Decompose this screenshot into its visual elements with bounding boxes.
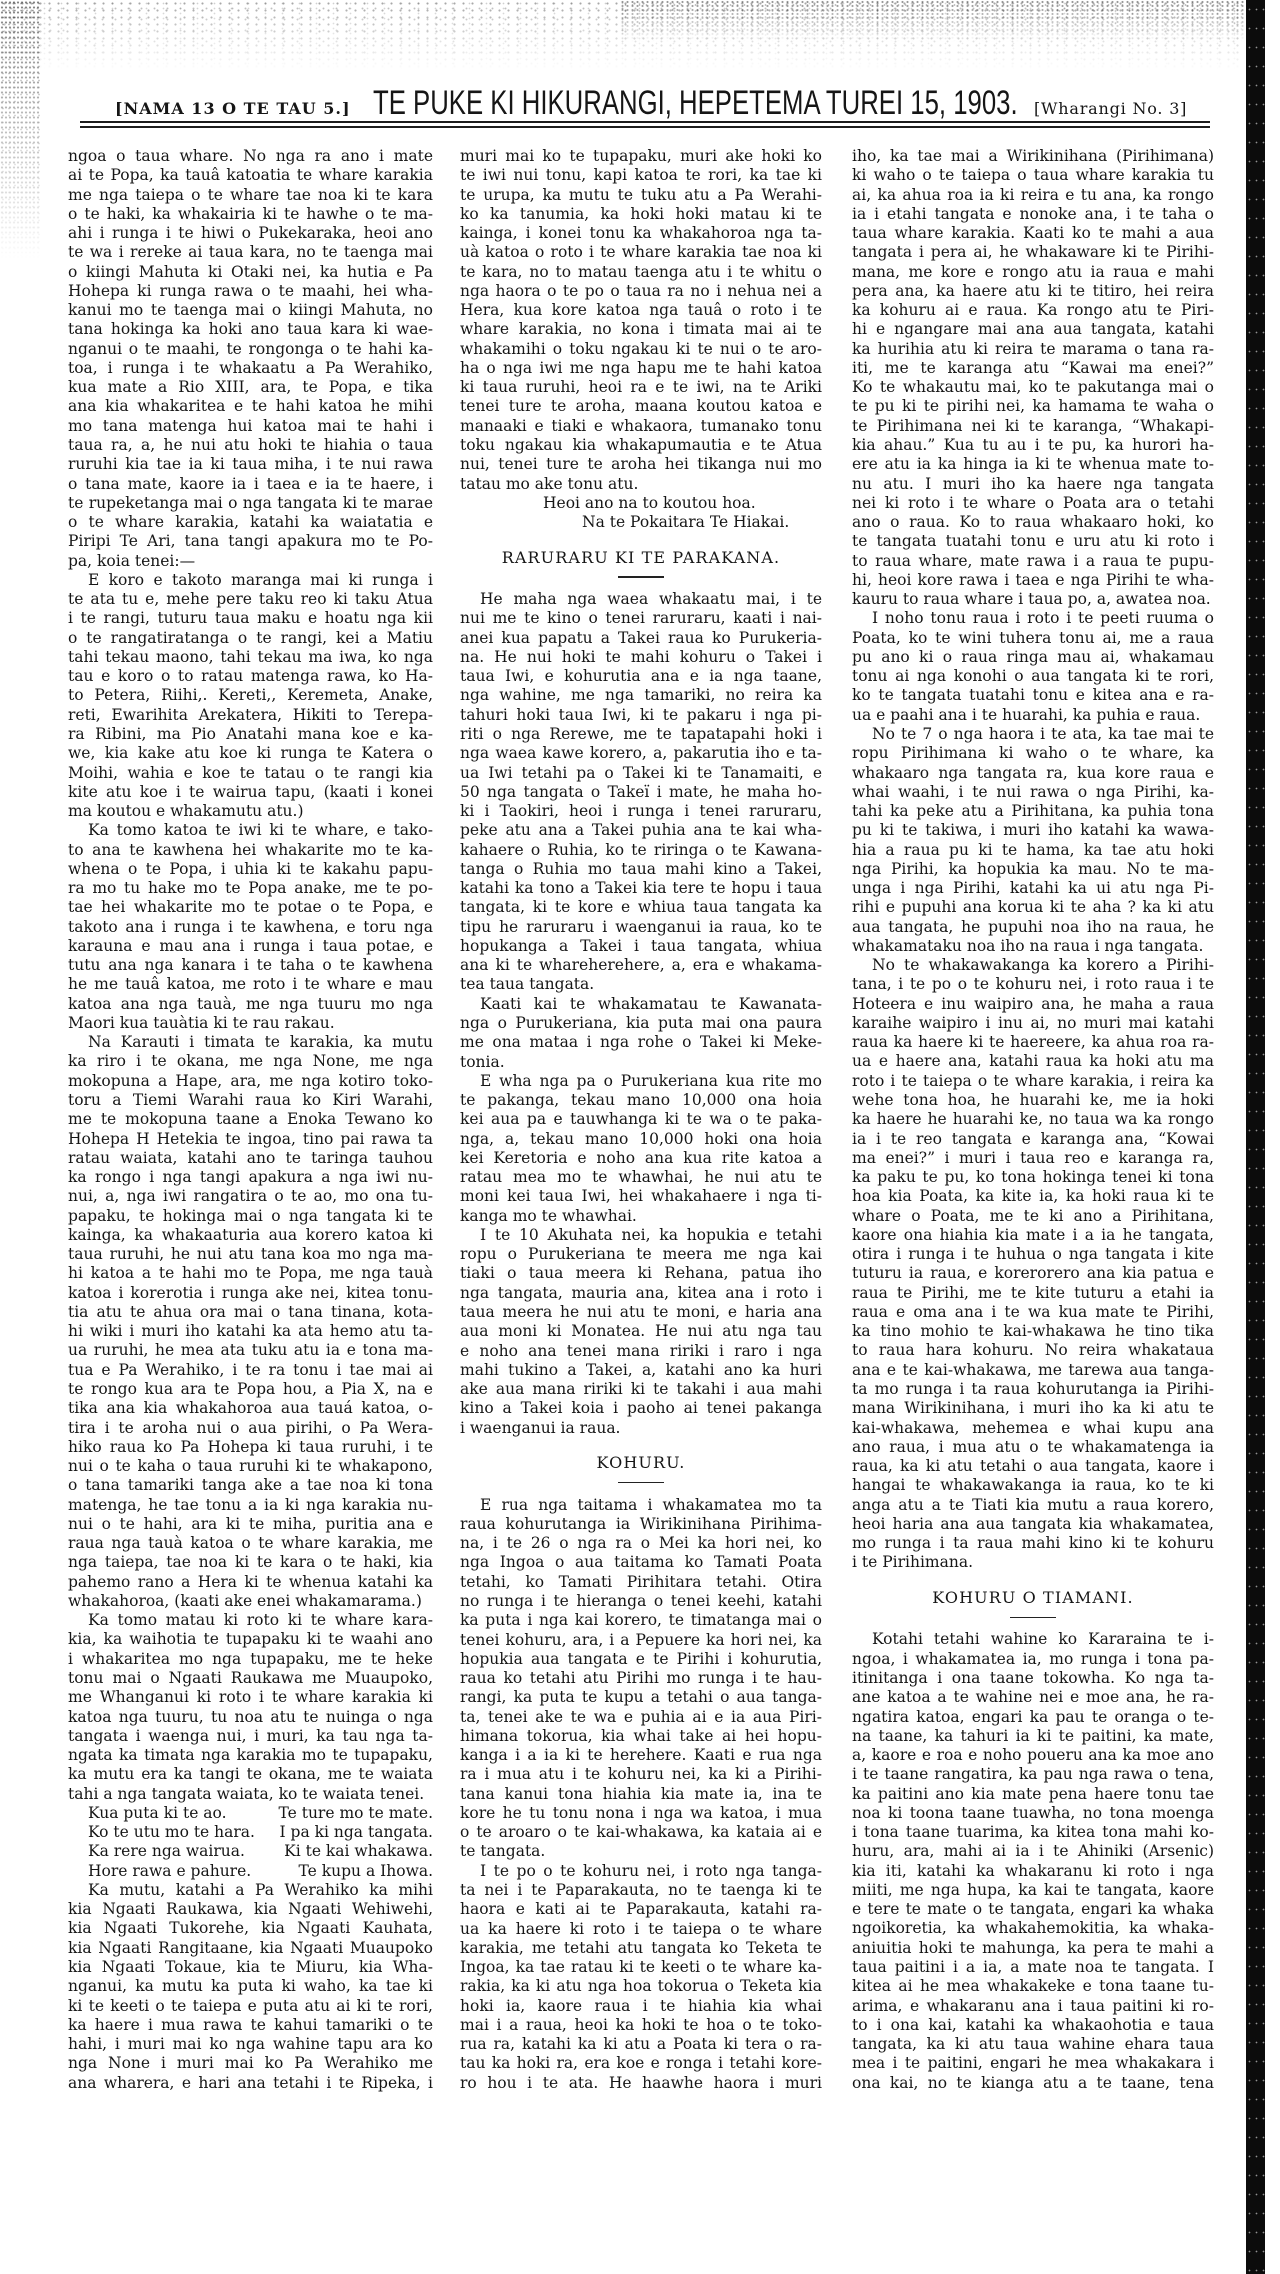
text-line: kei aua pa e tauwhanga ki te wa o te pak… [460, 1110, 822, 1129]
text-line: toku ngakau kia whakapumautia e te Atua [460, 436, 822, 455]
text-line: tana hokinga ka hoki ano taua kara ki wa… [68, 320, 433, 339]
text-line: ratau mea mo te whawhai, he nui atu te [460, 1168, 822, 1187]
heading-rule [618, 576, 664, 578]
article-paragraph: E koro e takoto maranga mai ki runga ite… [68, 571, 433, 821]
text-line: he me tauâ katoa, me roto i te whare e m… [68, 975, 433, 994]
article-paragraph: Ka tomo matau ki roto ki te whare kara-k… [68, 1611, 433, 1804]
newspaper-title: TE PUKE KI HIKURANGI, HEPETEMA TUREI 15,… [373, 86, 1018, 120]
text-line: ki waho o te taiepa o taua whare karakia… [852, 166, 1214, 185]
text-line: to raua hara kohuru. No reira whakataua [852, 1341, 1214, 1360]
text-line: tenei ture te aroha, maana koutou katoa … [460, 397, 822, 416]
text-line: whare karakia, no kona i timata mai ai t… [460, 320, 822, 339]
text-line: raua ko tetahi atu Pirihi mo runga i te … [460, 1669, 822, 1688]
text-line: He maha nga waea whakaatu mai, i te [460, 590, 822, 609]
text-line: nu atu. I muri iho ka haere nga tangata [852, 475, 1214, 494]
text-line: hiko raua ko Pa Hohepa ki taua ruruhi, i… [68, 1438, 433, 1457]
poem-half-right: Te kupu a Ihowa. [299, 1862, 433, 1881]
text-line: ai, ka ahua roa ia ki reira e tu ana, ka… [852, 186, 1214, 205]
text-line: tonia. [460, 1053, 822, 1072]
signature-line: Heoi ano na to koutou hoa. [460, 494, 822, 513]
text-line: E rua nga taitama i whakamatea mo ta [460, 1496, 822, 1515]
text-line: E wha nga pa o Purukeriana kua rite mo [460, 1072, 822, 1091]
text-line: karauna e mau ana i runga i taua potae, … [68, 937, 433, 956]
text-line: ahi i runga i te hiwi o Pukekaraka, heoi… [68, 224, 433, 243]
text-line: nga haora o te po o taua ra no i nehua n… [460, 282, 822, 301]
text-line: heoi haria ana aua tangata kia whakamate… [852, 1515, 1214, 1534]
text-line: Piripi Te Ari, tana tangi apakura mo te … [68, 532, 433, 551]
text-line: mea i te paitini, engari he mea whakakar… [852, 2054, 1214, 2073]
text-line: Ka tomo katoa te iwi ki te whare, e tako… [68, 821, 433, 840]
text-line: nga None i muri mai ko Pa Werahiko me [68, 2054, 433, 2073]
text-line: moni kei taua Iwi, hei whakahaere i nga … [460, 1187, 822, 1206]
text-line: na taane, ka tahuri ia ki te paitini, ka… [852, 1727, 1214, 1746]
text-line: mana, me kore e rongo atu ia raua e mahi [852, 263, 1214, 282]
text-line: ua e haere ana, katahi raua ka hoki atu … [852, 1052, 1214, 1071]
text-line: tea taua tangata. [460, 975, 822, 994]
text-line: o te rangatiratanga o te rangi, kei a Ma… [68, 629, 433, 648]
article-paragraph: He maha nga waea whakaatu mai, i tenui m… [460, 590, 822, 995]
text-line: raua nga tauà katoa o te whare karakia, … [68, 1534, 433, 1553]
text-line: e tere te mate o te tangata, engari ka w… [852, 1900, 1214, 1919]
text-line: ane katoa a te wahine nei e moe ana, he … [852, 1688, 1214, 1707]
poem-verse: Kua puta ki te ao.Te ture mo te mate.Ko … [68, 1804, 433, 1881]
scan-edge-bar [1246, 0, 1265, 2274]
text-line: me ona mataa i nga rohe o Takei ki Meke- [460, 1033, 822, 1052]
text-line: kia iti, katahi ka whakaranu ki roto i n… [852, 1862, 1214, 1881]
text-line: I noho tonu raua i roto i te peeti ruuma… [852, 609, 1214, 628]
text-line: katoa nga tuuru, tu noa atu te nuinga o … [68, 1708, 433, 1727]
section-heading: KOHURU. [460, 1455, 822, 1471]
text-line: mo tana matenga hui katoa mai te hahi i [68, 417, 433, 436]
text-line: rakia, ka ki atu nga hoa tokorua o Teket… [460, 1977, 822, 1996]
text-line: ki te keeti o te taiepa e puta atu ai ki… [68, 1997, 433, 2016]
text-line: i te rangi, tuturu taua maku e hoatu nga… [68, 609, 433, 628]
text-line: uà katoa o roto i te whare karakia tae n… [460, 243, 822, 262]
article-paragraph: Kotahi tetahi wahine ko Kararaina te i-n… [852, 1630, 1214, 2092]
text-line: kanga mo te whawhai. [460, 1207, 822, 1226]
text-line: ra Ribini, ma Pio Anatahi mana koe e ka- [68, 725, 433, 744]
text-line: Ka tomo matau ki roto ki te whare kara- [68, 1611, 433, 1630]
text-line: tahuri hoki taua Iwi, ki te pakaru i nga… [460, 706, 822, 725]
text-line: aua tangata, he pupuhi noa iho na raua, … [852, 918, 1214, 937]
text-line: tangata i pera ai, he whakaware ki te Pi… [852, 243, 1214, 262]
text-line: riti o nga Rerewe, me te tapatapahi hoki… [460, 725, 822, 744]
text-line: himana tokorua, kia whai take ai hei hop… [460, 1727, 822, 1746]
text-line: taua whare karakia. Kaati ko te mahi a a… [852, 224, 1214, 243]
text-line: itinitanga i ona taane tokowha. Ko nga t… [852, 1669, 1214, 1688]
article-paragraph: I te 10 Akuhata nei, ka hopukia e tetahi… [460, 1226, 822, 1438]
text-line: pahemo rano a Hera ki te whenua katahi k… [68, 1573, 433, 1592]
text-line: karaihe waipiro i inu ai, no muri mai ka… [852, 1014, 1214, 1033]
text-line: reti, Ewarihita Arekatera, Hikiti to Ter… [68, 706, 433, 725]
text-line: te iwi nui tonu, kapi katoa te rori, ka … [460, 166, 822, 185]
text-line: nga wahine, me nga tamariki, no reira ka [460, 686, 822, 705]
text-line: te pakanga, tekau mano 10,000 ona hoia [460, 1091, 822, 1110]
text-line: pu ano ki o raua ringa mau ai, whakamau [852, 648, 1214, 667]
text-line: wehe tona hoa, he huarahi ke, me ia hoki [852, 1091, 1214, 1110]
text-line: ka haere he huarahi ke, no taua wa ka ro… [852, 1110, 1214, 1129]
article-paragraph: muri mai ko te tupapaku, muri ake hoki k… [460, 147, 822, 494]
text-line: Hohepa H Hetekia te ingoa, tino pai rawa… [68, 1130, 433, 1149]
text-line: huru, ara, mahi ai ia i te Ahiniki (Arse… [852, 1842, 1214, 1861]
text-line: rihi e pupuhi ana korua ki te aha ? ka k… [852, 898, 1214, 917]
text-line: toa, i runga i te whakaatu a Pa Werahiko… [68, 359, 433, 378]
text-line: kanui mo te taenga mai o kiingi Mahuta, … [68, 301, 433, 320]
text-line: o kiingi Mahuta ki Otaki nei, ka hutia e… [68, 263, 433, 282]
text-line: ia i etahi tangata e nonoke ana, i te ta… [852, 205, 1214, 224]
text-line: kei Keretoria e noho ana kua rite katoa … [460, 1149, 822, 1168]
text-line: otira i runga i te huhua o nga tangata i… [852, 1245, 1214, 1264]
text-line: katahi ka tono a Takei kia tere te hopu … [460, 879, 822, 898]
text-line: tutu ana nga kanara i te taha o te kawhe… [68, 956, 433, 975]
text-line: o te whare karakia, katahi ka waiatatia … [68, 513, 433, 532]
text-line: o tana tamariki tanga ake a tae noa ki t… [68, 1476, 433, 1495]
text-line: ka puta i nga kai korero, te timatanga m… [460, 1611, 822, 1630]
poem-row: Ko te utu mo te hara.I pa ki nga tangata… [68, 1823, 433, 1842]
text-line: hoa kia Poata, ka kite ia, ka hoki raua … [852, 1187, 1214, 1206]
text-line: ha o nga iwi me nga hapu me te hahi kato… [460, 359, 822, 378]
text-line: ana e te kai-whakawa, me tarewa aua tang… [852, 1361, 1214, 1380]
text-line: nga Ingoa o aua taitama ko Tamati Poata [460, 1553, 822, 1572]
text-line: I te po o te kohuru nei, i roto nga tang… [460, 1862, 822, 1881]
text-line: te rongo kua ara te Popa hou, a Pia X, n… [68, 1380, 433, 1399]
text-line: te tangata tuatahi tonu e uru atu ki rot… [852, 532, 1214, 551]
text-line: nui o te hahi, ara ki te miha, puritia a… [68, 1515, 433, 1534]
text-line: na, i te 26 o nga ra o Mei ka hori nei, … [460, 1534, 822, 1553]
poem-half-right: Te ture mo te mate. [278, 1804, 433, 1823]
article-paragraph: Ka mutu, katahi a Pa Werahiko ka mihikia… [68, 1881, 433, 2093]
text-line: ngatira katoa, engari ka pau te oranga o… [852, 1708, 1214, 1727]
text-line: tuturu ia raua, e korerorero ana kia pat… [852, 1264, 1214, 1283]
text-line: pera ana, ka haere atu ki te titiro, hei… [852, 282, 1214, 301]
article-paragraph: iho, ka tae mai a Wirikinihana (Pirihima… [852, 147, 1214, 609]
text-line: No te whakawakanga ka korero a Pirihi- [852, 956, 1214, 975]
signature-line: Na te Pokaitara Te Hiakai. [460, 513, 822, 532]
text-line: 50 nga tangata o Takeï i mate, he maha h… [460, 783, 822, 802]
text-line: Maori kua tauàtia ki te rau rakau. [68, 1014, 433, 1033]
text-line: ere atu ia ka hinga ia ki te whenua mate… [852, 455, 1214, 474]
text-line: raua kohurutanga ia Wirikinihana Pirihim… [460, 1515, 822, 1534]
text-line: ua ka haere ki roto i te taiepa o te wha… [460, 1920, 822, 1939]
text-line: Kaati kai te whakamatau te Kawanata- [460, 995, 822, 1014]
text-line: taua Iwi, e kohurutia ana e ia nga taane… [460, 667, 822, 686]
text-line: tae hei whakarite mo te potae o te Popa,… [68, 898, 433, 917]
text-line: ngoa, i whakamatea ia, mo runga i tona p… [852, 1650, 1214, 1669]
text-line: to ana te kawhena hei whakarite mo te ka… [68, 841, 433, 860]
text-line: o te aroaro o te kai-whakawa, ka kataia … [460, 1823, 822, 1842]
text-line: whakahoroa, (kaati ake enei whakamarama.… [68, 1592, 433, 1611]
text-line: ai te Popa, ka tauâ katoatia te whare ka… [68, 166, 433, 185]
text-line: unga i nga Pirihi, katahi ka ui atu nga … [852, 879, 1214, 898]
text-line: tangata i waenga nui, i muri, ka tau nga… [68, 1727, 433, 1746]
text-line: nui me te kino o tenei raruraru, kaati i… [460, 609, 822, 628]
text-line: mo runga i ta raua mahi kino ki te kohur… [852, 1534, 1214, 1553]
text-line: ka hurihia atu ki reira te marama o tana… [852, 340, 1214, 359]
text-line: ake aua mana ririki ki te takahi i aua m… [460, 1380, 822, 1399]
text-line: ngoikoretia, ka whakahemokitia, ka whaka… [852, 1919, 1214, 1938]
text-line: ki i Taokiri, heoi i runga i tenei rarur… [460, 802, 822, 821]
text-line: i waenganui ia raua. [460, 1419, 822, 1438]
text-line: tau e koro o to ratau matenga rawa, ko H… [68, 667, 433, 686]
text-line: aniuitia hoki te mahunga, ka pera te mah… [852, 1939, 1214, 1958]
poem-half-left: Ka rere nga wairua. [88, 1842, 245, 1861]
text-line: kia Ngaati Rangitaane, kia Ngaati Muaupo… [68, 1939, 433, 1958]
text-line: ta nei i te Paparakauta, no te taenga ki… [460, 1881, 822, 1900]
scan-noise-top-right [620, 0, 1245, 42]
text-line: Ko te whakautu mai, ko te pakutanga mai … [852, 378, 1214, 397]
column-1: ngoa o taua whare. No nga ra ano i matea… [68, 147, 433, 2093]
text-line: hangai te whakawakanga ia raua, ko te ki [852, 1476, 1214, 1495]
text-line: tahi tekau maono, tahi tekau ma iwa, ko … [68, 648, 433, 667]
text-line: to raua whare, mate rawa i a raua te pup… [852, 552, 1214, 571]
text-line: mai i a raua, heoi ka hoki te hoa o te t… [460, 2016, 822, 2035]
text-line: tana, i te po o te kohuru nei, i roto ra… [852, 975, 1214, 994]
text-line: kainga, i konei tonu ka whakahoroa nga t… [460, 224, 822, 243]
text-line: Hohepa ki runga rawa o te maahi, hei wha… [68, 282, 433, 301]
text-line: taua ra, a, he nui atu hoki te hiahia o … [68, 436, 433, 455]
text-line: te kara, no to matau taenga atu i te whi… [460, 263, 822, 282]
text-line: tanga o Ruhia mo taua mahi kino a Takei, [460, 860, 822, 879]
text-line: Poata, ko te wini tuhera tonu ai, me a r… [852, 629, 1214, 648]
text-line: kino a Takei koia i paoho ai tenei pakan… [460, 1399, 822, 1418]
text-line: na. He nui hoki te mahi kohuru o Takei i [460, 648, 822, 667]
text-line: te ata tu e, mehe pere taku reo ki taku … [68, 590, 433, 609]
poem-row: Ka rere nga wairua.Ki te kai whakawa. [68, 1842, 433, 1861]
text-line: Hoteera e inu waipiro ana, he maha a rau… [852, 995, 1214, 1014]
text-line: raua e oma ana i te wa kua mate te Pirih… [852, 1303, 1214, 1322]
text-line: nganui, ka mutu ka puta ki waho, ka tae … [68, 1977, 433, 1996]
text-line: ngata ka timata nga karakia mo te tupapa… [68, 1746, 433, 1765]
text-line: ta, tenei ake te wa e puhia ai e ia aua … [460, 1708, 822, 1727]
text-line: to i ona kai, katahi ka whakaohotia e ta… [852, 2016, 1214, 2035]
text-line: rua ra, katahi ka ki atu a Poata ki tera… [460, 2035, 822, 2054]
text-line: hoki ia, kaore raua i te hiahia kia whai [460, 1997, 822, 2016]
text-line: pu ki te takiwa, i muri iho katahi ka wa… [852, 821, 1214, 840]
text-line: we, kia kake atu koe ki runga te Katera … [68, 744, 433, 763]
text-line: kai-whakawa, mehemea e whai kupu ana [852, 1419, 1214, 1438]
poem-half-left: Hore rawa e pahure. [88, 1862, 251, 1881]
poem-row: Hore rawa e pahure.Te kupu a Ihowa. [68, 1862, 433, 1881]
text-line: iho, ka tae mai a Wirikinihana (Pirihima… [852, 147, 1214, 166]
text-line: nga waea kawe korero, a, pakarutia iho e… [460, 744, 822, 763]
scan-noise-left-edge [0, 0, 40, 260]
issue-label: [NAMA 13 O TE TAU 5.] [115, 101, 351, 117]
text-line: nui, tenei ture te aroha hei tikanga nui… [460, 455, 822, 474]
text-line: anei kua papatu a Takei raua ko Purukeri… [460, 629, 822, 648]
text-line: No te 7 o nga haora i te ata, ka tae mai… [852, 725, 1214, 744]
text-line: hahi, i muri mai ko nga wahine tapu ara … [68, 2035, 433, 2054]
text-line: hi e ngangare mai ana aua tangata, katah… [852, 320, 1214, 339]
article-paragraph: No te whakawakanga ka korero a Pirihi-ta… [852, 956, 1214, 1573]
text-line: whai waahi, i te nui rawa o nga Pirihi, … [852, 783, 1214, 802]
text-line: ruruhi kia tae ia ki taua miha, i te nui… [68, 455, 433, 474]
text-line: ka haere i mua rawa te kahui tamariki o … [68, 2016, 433, 2035]
text-line: ua e paahi ana i te huarahi, ka puhia e … [852, 706, 1214, 725]
text-line: to Petera, Riihi,. Kereti,, Keremeta, An… [68, 686, 433, 705]
text-line: ratau waiata, katahi ano te taringa tauh… [68, 1149, 433, 1168]
text-line: ko ka tanumia, ka hoki hoki matau ki te [460, 205, 822, 224]
text-line: ka rongo i nga tangi apakura a nga iwi n… [68, 1168, 433, 1187]
text-line: tetahi, ko Tamati Pirihitara tetahi. Oti… [460, 1573, 822, 1592]
article-paragraph: Ka tomo katoa te iwi ki te whare, e tako… [68, 821, 433, 1033]
text-line: nga taiepa, tae noa ki te kara o te haki… [68, 1553, 433, 1572]
text-line: kua mate a Rio XIII, ara, te Popa, e tik… [68, 378, 433, 397]
text-line: mana Wirikinihana, i muri iho ka ki atu … [852, 1399, 1214, 1418]
poem-half-right: Ki te kai whakawa. [284, 1842, 433, 1861]
text-line: ia i te reo tangata e karanga ana, “Kowa… [852, 1130, 1214, 1149]
text-line: ngoa o taua whare. No nga ra ano i mate [68, 147, 433, 166]
text-line: kia, ka waihotia te tupapaku ki te waahi… [68, 1630, 433, 1649]
text-line: Ka mutu, katahi a Pa Werahiko ka mihi [68, 1881, 433, 1900]
text-line: ka mutu era ka tangi te okana, me te wai… [68, 1765, 433, 1784]
text-line: hi katoa a te hahi mo te Popa, me nga ta… [68, 1264, 433, 1283]
text-line: ano o raua. Ko to raua whakaaro hoki, ko [852, 513, 1214, 532]
heading-rule [618, 1482, 664, 1484]
text-line: kaore ona hiahia kia mate i a ia he tang… [852, 1226, 1214, 1245]
text-line: kia Ngaati Tukorehe, kia Ngaati Kauhata, [68, 1919, 433, 1938]
text-line: nga, a, tekau mano 10,000 hoki ona hoia [460, 1130, 822, 1149]
article-paragraph: No te 7 o nga haora i te ata, ka tae mai… [852, 725, 1214, 956]
text-line: raua ka haere ki te haereere, ka ahua ro… [852, 1033, 1214, 1052]
text-line: hi wiki i muri iho katahi ka ata hemo at… [68, 1322, 433, 1341]
text-line: te pu ki te pirihi nei, ka hamama te wah… [852, 397, 1214, 416]
text-line: katoa i korerotia i runga ake nei, kitea… [68, 1284, 433, 1303]
text-line: te urupa, ka mutu te tuku atu a Pa Werah… [460, 186, 822, 205]
text-line: E koro e takoto maranga mai ki runga i [68, 571, 433, 590]
text-line: ra mo tu hake mo te Popa anake, me te po… [68, 879, 433, 898]
text-line: Kotahi tetahi wahine ko Kararaina te i- [852, 1630, 1214, 1649]
text-line: kite atu koe i te wairua tapu, (kaati i … [68, 783, 433, 802]
text-line: kia Ngaati Raukawa, kia Ngaati Wehiwehi, [68, 1900, 433, 1919]
section-heading: KOHURU O TIAMANI. [852, 1590, 1214, 1606]
text-line: kore he tu tonu nona i nga wa katoa, i m… [460, 1804, 822, 1823]
text-line: tahi a nga tangata waiata, ko te waiata … [68, 1785, 433, 1804]
text-line: Hera, kua kore katoa nga tauâ o roto i t… [460, 301, 822, 320]
text-line: takoto ana i runga i te kawhena, e toru … [68, 918, 433, 937]
page-number-label: [Wharangi No. 3] [1034, 101, 1187, 117]
text-line: mokopuna a Hape, ara, me nga kotiro toko… [68, 1072, 433, 1091]
masthead-rule-double [80, 126, 1210, 128]
text-line: tenei kohuru, ara, i a Pepuere ka hori n… [460, 1631, 822, 1650]
text-line: ano raua, i mua atu o te whakamatenga ia [852, 1438, 1214, 1457]
text-line: papaku, te hokinga mai o nga tangata ki … [68, 1207, 433, 1226]
text-line: no runga i te hieranga o tenei keehi, ka… [460, 1592, 822, 1611]
column-2: muri mai ko te tupapaku, muri ake hoki k… [460, 147, 822, 2093]
text-line: whakaaro nga tangata ra, kua kore raua e [852, 764, 1214, 783]
text-line: nui, a, nga iwi rangatira o te ao, mo on… [68, 1187, 433, 1206]
text-line: haora e kati ai te Paparakauta, katahi r… [460, 1900, 822, 1919]
section-heading-block: RARURARU KI TE PARAKANA. [460, 532, 822, 590]
text-line: ropu Pirihimana ki waho o te whare, ka [852, 744, 1214, 763]
text-line: a, kaore e roa e noho poueru ana ka moe … [852, 1746, 1214, 1765]
text-line: tau ka hoki ra, era koe e ronga i tetahi… [460, 2054, 822, 2073]
text-line: anga atu a te Tiati kia mutu a raua kore… [852, 1496, 1214, 1515]
text-line: ana wharera, e hari ana tetahi i te Ripe… [68, 2074, 433, 2093]
text-line: me Whanganui ki roto i te whare karakia … [68, 1688, 433, 1707]
text-line: kainga, ka whakaaturia aua korero katoa … [68, 1226, 433, 1245]
text-line: miiti, me nga hupa, ka kai te tangata, k… [852, 1881, 1214, 1900]
text-line: tonu mai o Ngaati Raukawa me Muaupoko, [68, 1669, 433, 1688]
text-line: kia Ngaati Tokaue, kia te Miuru, kia Wha… [68, 1958, 433, 1977]
text-line: whare o Poata, me te ki ano a Pirihitana… [852, 1207, 1214, 1226]
article-paragraph: Kaati kai te whakamatau te Kawanata-nga … [460, 995, 822, 1072]
text-line: te tangata. [460, 1842, 822, 1861]
text-line: ana ki te whareherehere, a, era e whakam… [460, 956, 822, 975]
text-line: tatau mo ake tonu atu. [460, 475, 822, 494]
article-paragraph: ngoa o taua whare. No nga ra ano i matea… [68, 147, 433, 571]
text-line: e noho ana tenei mana ririki i raro i ng… [460, 1342, 822, 1361]
text-line: tua e Pa Werahiko, i te ra tonu i tae ma… [68, 1361, 433, 1380]
text-line: ua Iwi tetahi pa o Takei ki te Tanamaiti… [460, 764, 822, 783]
text-line: Na Karauti i timata te karakia, ka mutu [68, 1033, 433, 1052]
article-paragraph: E rua nga taitama i whakamatea mo taraua… [460, 1496, 822, 1862]
text-line: kitea ai he mea whakakeke e tona taane t… [852, 1977, 1214, 1996]
text-line: me te mokopuna taane a Enoka Tewano ko [68, 1110, 433, 1129]
text-line: ona kai, no te kianga atu a te taane, te… [852, 2074, 1214, 2093]
text-line: hopukanga a Takei i taua tangata, whiua [460, 937, 822, 956]
text-line: rangi, ka puta te kupu a tetahi o aua ta… [460, 1688, 822, 1707]
text-line: I te 10 Akuhata nei, ka hopukia e tetahi [460, 1226, 822, 1245]
text-line: ua ruruhi, he mea ata tuku atu ia e tona… [68, 1341, 433, 1360]
text-line: ropu o Purukeriana te meera me nga kai [460, 1245, 822, 1264]
text-line: matenga, he tae tonu a ia ki nga karakia… [68, 1496, 433, 1515]
text-line: raua, ka ki atu tetahi o aua tangata, ka… [852, 1457, 1214, 1476]
poem-half-left: Ko te utu mo te hara. [88, 1823, 255, 1842]
heading-rule [1010, 1617, 1056, 1619]
text-line: whakamihi o toku ngakau ki te nui o te a… [460, 340, 822, 359]
text-line: i tona taane tuarima, ka kitea tona mahi… [852, 1823, 1214, 1842]
text-line: hi, heoi kore rawa i taea e nga Pirihi t… [852, 571, 1214, 590]
text-line: nganui o te maahi, te rongonga o te hahi… [68, 340, 433, 359]
text-line: ki taua ruruhi, heoi ra e te iwi, na te … [460, 378, 822, 397]
text-line: tangata, ki te kore e whiua taua tangata… [460, 898, 822, 917]
text-line: raua te Pirihi, me te kite tuturu a etah… [852, 1284, 1214, 1303]
article-paragraph: I noho tonu raua i roto i te peeti ruuma… [852, 609, 1214, 725]
text-line: nga Pirihi, ka hopukia ka mau. No te ma- [852, 860, 1214, 879]
text-line: kia ahau.” Kua tu au i te pu, ka hurori … [852, 436, 1214, 455]
text-line: kahaere o Ruhia, ko te riringa o te Kawa… [460, 841, 822, 860]
text-line: ta mo runga i ta raua kohurutanga ia Pir… [852, 1380, 1214, 1399]
text-line: i te Pirihimana. [852, 1553, 1214, 1572]
article-paragraph: I te po o te kohuru nei, i roto nga tang… [460, 1862, 822, 2093]
poem-half-right: I pa ki nga tangata. [279, 1823, 433, 1842]
text-line: whena o te Popa, i uhia ki te kakahu pap… [68, 860, 433, 879]
text-line: ka paitini ano kia mate pena haere tonu … [852, 1785, 1214, 1804]
section-heading-block: KOHURU. [460, 1438, 822, 1496]
text-line: noa ki toona taane tuawha, no tona moeng… [852, 1804, 1214, 1823]
article-paragraph: Na Karauti i timata te karakia, ka mutuk… [68, 1033, 433, 1611]
text-line: ma koutou e whakamutu atu.) [68, 802, 433, 821]
text-line: toru a Tiemi Warahi raua ko Kiri Warahi, [68, 1091, 433, 1110]
text-line: tira i te aroha nui o aua pirihi, o Pa W… [68, 1419, 433, 1438]
text-line: ma enei?” i muri i taua reo e karanga ra… [852, 1149, 1214, 1168]
section-heading: RARURARU KI TE PARAKANA. [460, 550, 822, 566]
text-line: pa, koia tenei:— [68, 552, 433, 571]
text-line: te rupeketanga mai o nga tangata ki te m… [68, 494, 433, 513]
text-line: nga tangata, mauria ana, kitea ana i rot… [460, 1284, 822, 1303]
poem-half-left: Kua puta ki te ao. [88, 1804, 227, 1823]
text-line: tonu ai nga konohi o aua tangata ki te r… [852, 667, 1214, 686]
text-line: tana kanui tona hiahia kia mate ia, ina … [460, 1785, 822, 1804]
section-heading-block: KOHURU O TIAMANI. [852, 1573, 1214, 1631]
text-line: hia a raua pu ki te hama, ka tae atu hok… [852, 841, 1214, 860]
text-line: i te taane rangatira, ka pau nga rawa o … [852, 1765, 1214, 1784]
text-line: taua paitini i a ia, a mate noa te tanga… [852, 1958, 1214, 1977]
text-line: taua meera he nui atu te moni, e haria a… [460, 1303, 822, 1322]
text-line: tia atu te ahua ora mai o tana tinana, k… [68, 1303, 433, 1322]
text-line: ka riro i te okana, me nga None, me nga [68, 1052, 433, 1071]
text-line: nui o te kaha o taua ruruhi ki te whakap… [68, 1457, 433, 1476]
